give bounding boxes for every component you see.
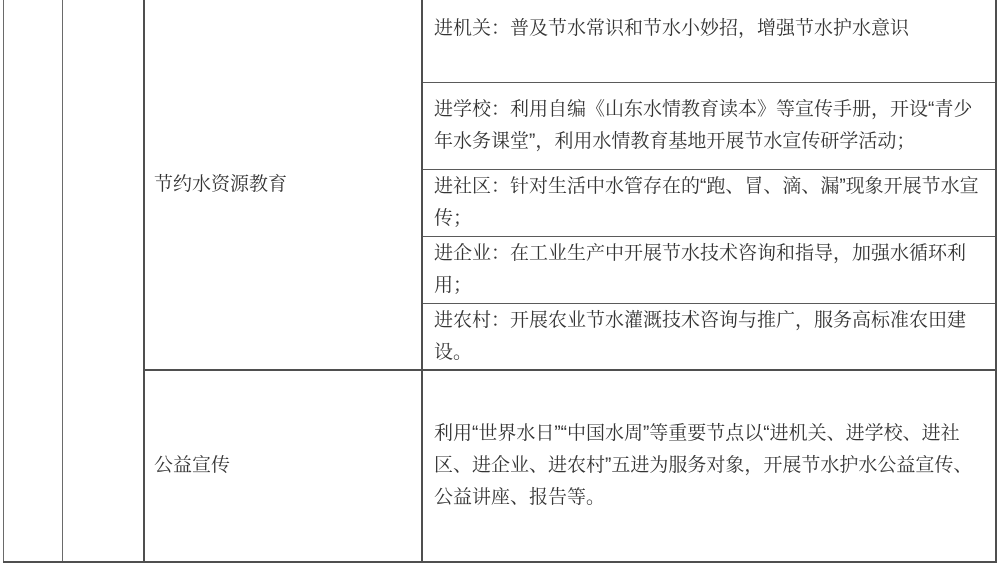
category-cell-water-education: 节约水资源教育 [145,0,421,371]
detail-cell-government: 进机关：普及节水常识和节水小妙招，增强节水护水意识 [423,0,995,83]
detail-cell-public-welfare: 利用“世界水日”“中国水周”等重要节点以“进机关、进学校、进社区、进企业、进农村… [423,371,995,561]
detail-text: 进社区：针对生活中水管存在的“跑、冒、滴、漏”现象开展节水宣传； [434,171,983,235]
empty-column-2 [62,0,143,561]
document-page: 节约水资源教育 公益宣传 进机关：普及节水常识和节水小妙招，增强节水护水意识 进… [0,0,1001,566]
detail-text: 进农村：开展农业节水灌溉技术咨询与推广，服务高标准农田建设。 [434,305,983,369]
detail-text: 进机关：普及节水常识和节水小妙招，增强节水护水意识 [434,13,909,45]
detail-cell-school: 进学校：利用自编《山东水情教育读本》等宣传手册，开设“青少年水务课堂”，利用水情… [423,83,995,170]
details-column: 进机关：普及节水常识和节水小妙招，增强节水护水意识 进学校：利用自编《山东水情教… [421,0,997,561]
empty-column-1 [3,0,62,561]
category-cell-public-welfare: 公益宣传 [145,371,421,561]
category-label: 节约水资源教育 [154,169,287,201]
category-column: 节约水资源教育 公益宣传 [143,0,421,561]
water-education-table: 节约水资源教育 公益宣传 进机关：普及节水常识和节水小妙招，增强节水护水意识 进… [3,0,997,563]
detail-cell-community: 进社区：针对生活中水管存在的“跑、冒、滴、漏”现象开展节水宣传； [423,170,995,237]
category-label: 公益宣传 [154,450,230,482]
detail-text: 利用“世界水日”“中国水周”等重要节点以“进机关、进学校、进社区、进企业、进农村… [434,418,983,514]
detail-text: 进学校：利用自编《山东水情教育读本》等宣传手册，开设“青少年水务课堂”，利用水情… [434,94,983,158]
detail-cell-rural: 进农村：开展农业节水灌溉技术咨询与推广，服务高标准农田建设。 [423,304,995,371]
detail-text: 进企业：在工业生产中开展节水技术咨询和指导，加强水循环利用； [434,238,983,302]
detail-cell-enterprise: 进企业：在工业生产中开展节水技术咨询和指导，加强水循环利用； [423,237,995,304]
